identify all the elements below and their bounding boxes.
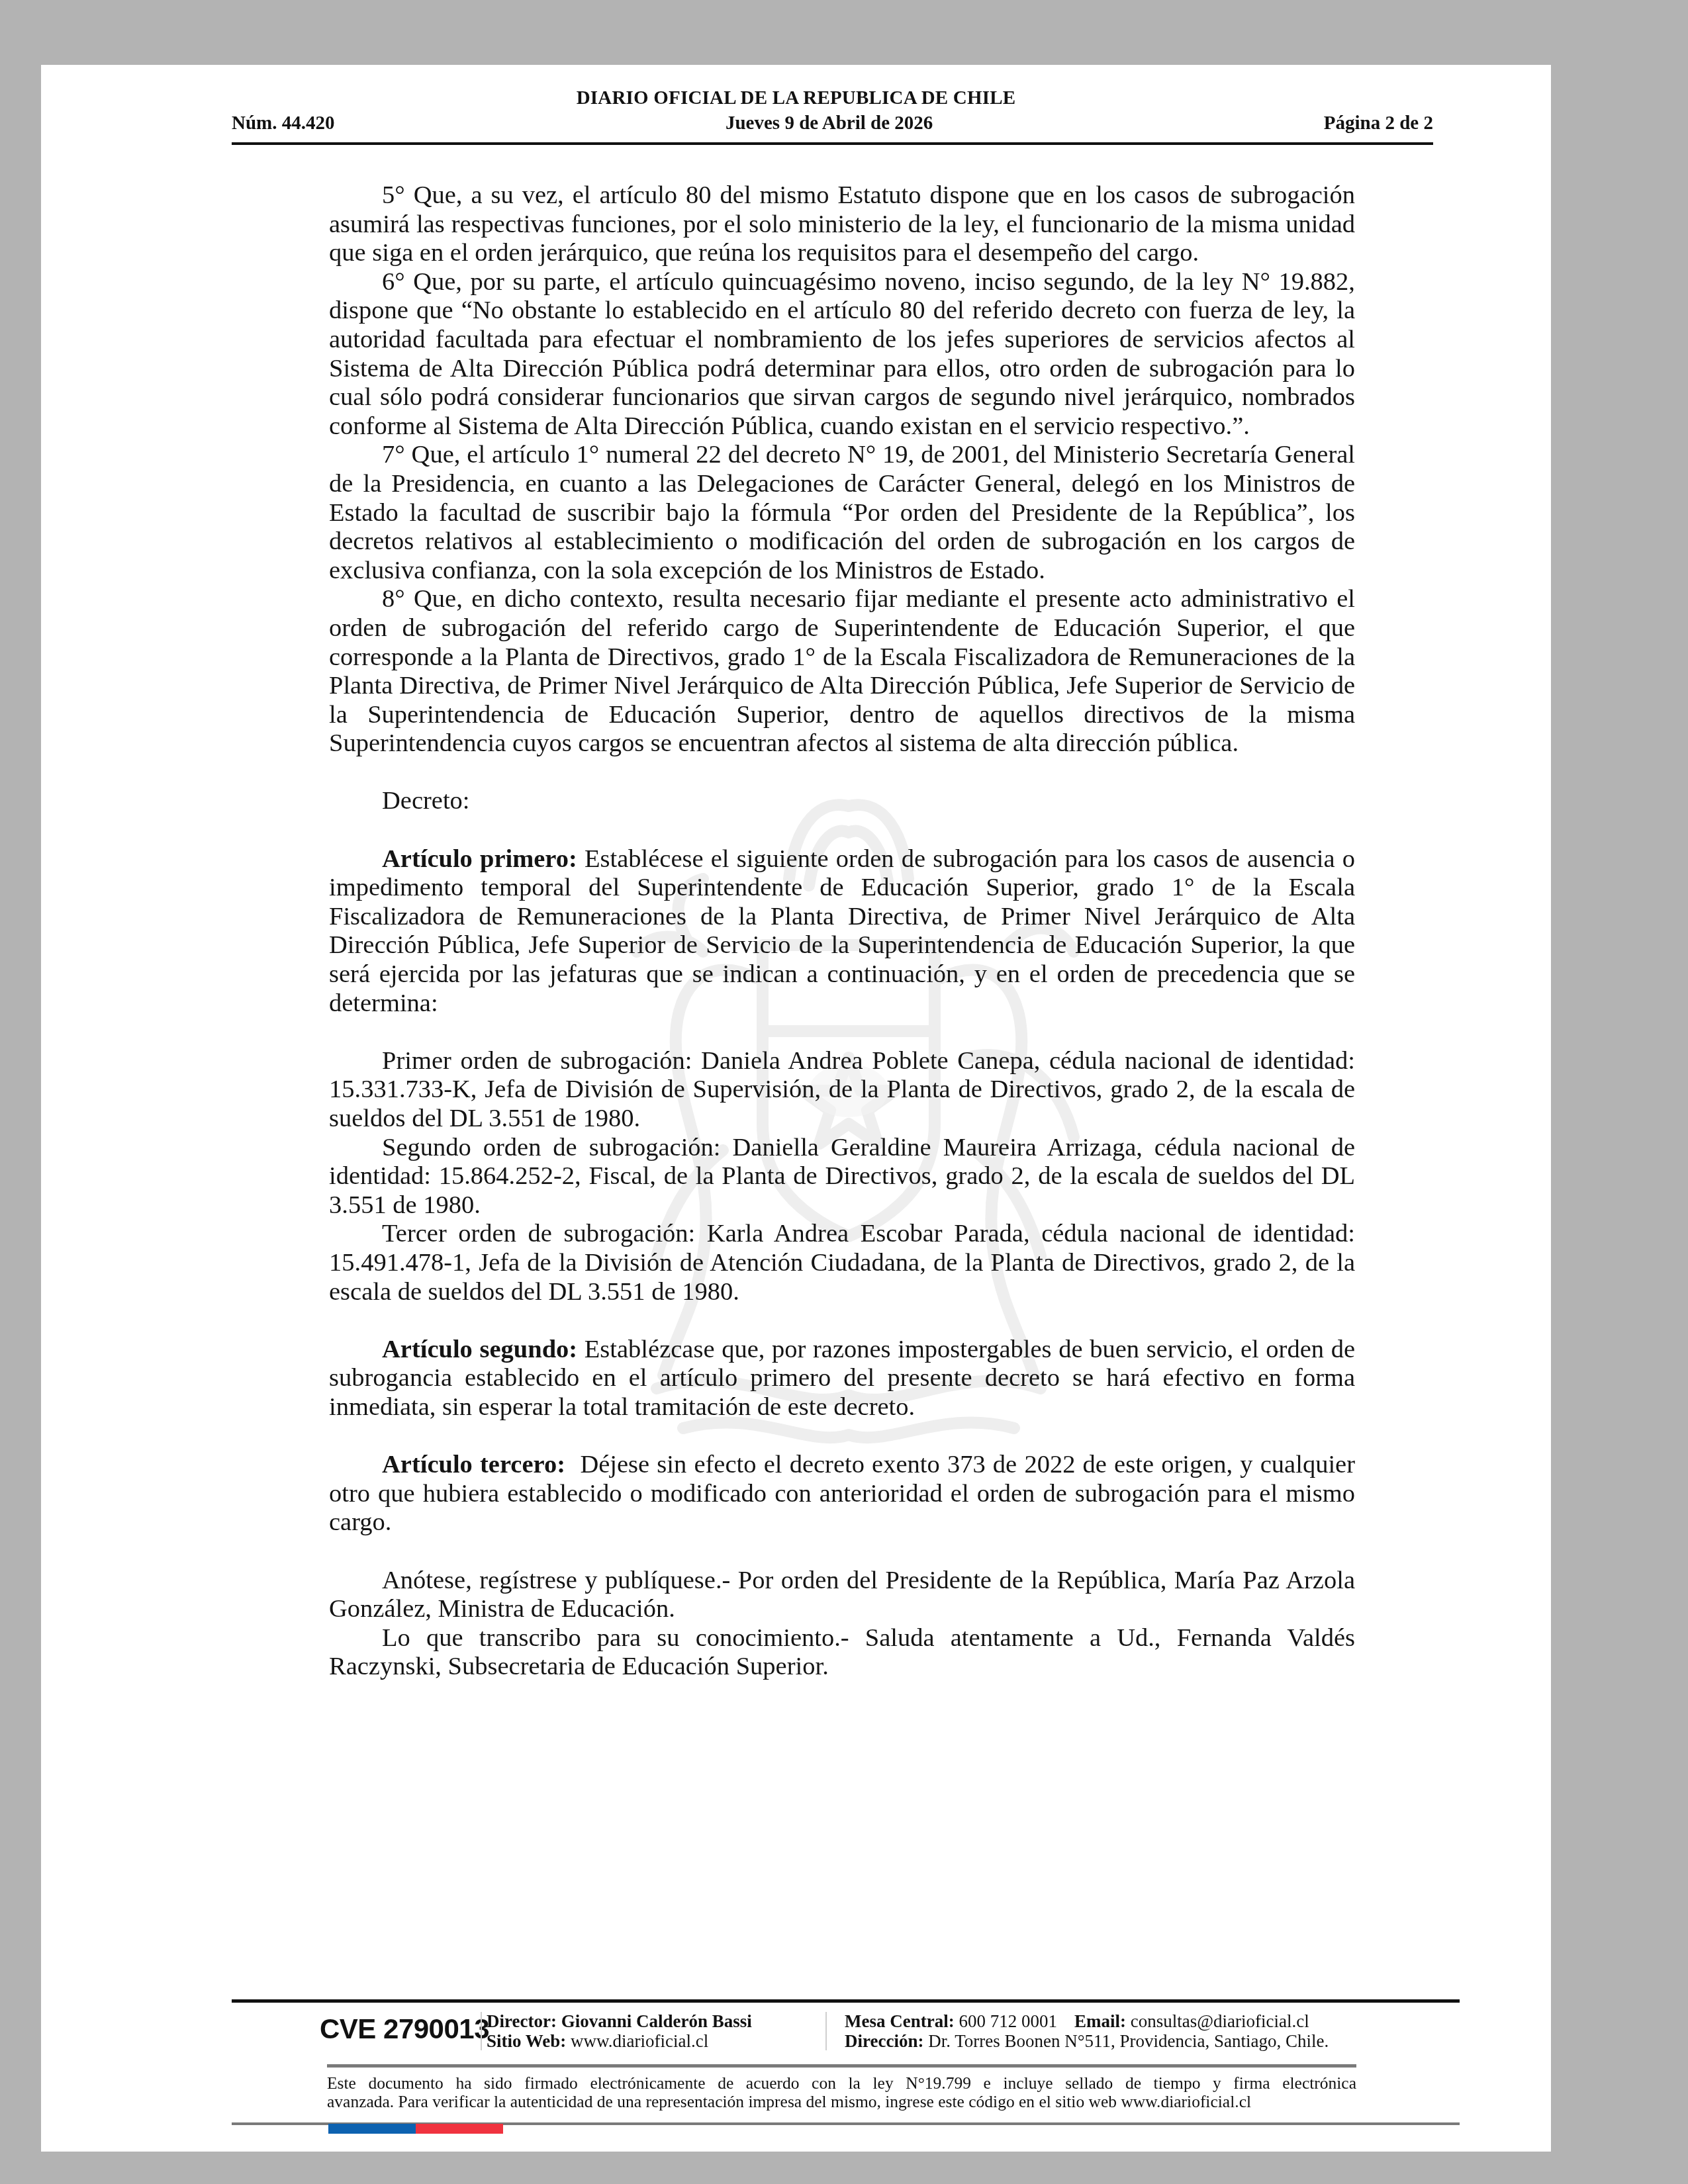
footer-separator-1 (481, 2012, 482, 2050)
footer-rule-middle (327, 2064, 1356, 2068)
legal-line-1: Este documento ha sido firmado electróni… (327, 2074, 1356, 2093)
footer-director-block: Director: Giovanni Calderón Bassi Sitio … (487, 2011, 752, 2051)
flag-stripe-red (416, 2124, 503, 2134)
flag-stripe-blue (328, 2124, 416, 2134)
header-rule (232, 142, 1433, 145)
newspaper-title: DIARIO OFICIAL DE LA REPUBLICA DE CHILE (41, 87, 1551, 109)
considerando-5: 5° Que, a su vez, el artículo 80 del mis… (329, 181, 1355, 268)
document-page: DIARIO OFICIAL DE LA REPUBLICA DE CHILE … (41, 65, 1551, 2152)
considerando-7: 7° Que, el artículo 1° numeral 22 del de… (329, 441, 1355, 585)
articulo-primero: Artículo primero: Establécese el siguien… (329, 845, 1355, 1019)
director-name: Giovanni Calderón Bassi (557, 2011, 752, 2031)
articulo-tercero-label: Artículo tercero: (382, 1451, 565, 1479)
closing-transcribo: Lo que transcribo para su conocimiento.-… (329, 1624, 1355, 1682)
issue-number: Núm. 44.420 (232, 113, 334, 134)
header-meta-row: Núm. 44.420 Jueves 9 de Abril de 2026 Pá… (232, 113, 1433, 134)
footer-rule-top (232, 1999, 1460, 2003)
director-label: Director: (487, 2011, 557, 2031)
phone-label: Mesa Central: (845, 2011, 955, 2031)
articulo-primero-label: Artículo primero: (382, 845, 577, 873)
decreto-label: Decreto: (329, 787, 1355, 816)
address-label: Dirección: (845, 2031, 923, 2051)
considerando-6: 6° Que, por su parte, el artículo quincu… (329, 268, 1355, 441)
cve-code: CVE 2790013 (320, 2013, 489, 2045)
subrogante-3: Tercer orden de subrogación: Karla Andre… (329, 1220, 1355, 1306)
footer-separator-2 (825, 2012, 827, 2050)
considerando-8: 8° Que, en dicho contexto, resulta neces… (329, 585, 1355, 758)
phone-value: 600 712 0001 (955, 2011, 1057, 2031)
subrogante-1: Primer orden de subrogación: Daniela And… (329, 1047, 1355, 1134)
legal-line-2: avanzada. Para verificar la autenticidad… (327, 2093, 1356, 2111)
closing-anotese: Anótese, regístrese y publíquese.- Por o… (329, 1567, 1355, 1624)
address-value: Dr. Torres Boonen N°511, Providencia, Sa… (923, 2031, 1329, 2051)
issue-date: Jueves 9 de Abril de 2026 (726, 113, 933, 134)
electronic-signature-notice: Este documento ha sido firmado electróni… (327, 2074, 1356, 2111)
articulo-tercero: Artículo tercero: Déjese sin efecto el d… (329, 1451, 1355, 1537)
subrogante-2: Segundo orden de subrogación: Daniella G… (329, 1134, 1355, 1220)
website-link[interactable]: www.diarioficial.cl (566, 2031, 708, 2051)
email-link[interactable]: consultas@diarioficial.cl (1126, 2011, 1309, 2031)
footer-contact-block: Mesa Central: 600 712 0001Email: consult… (845, 2011, 1329, 2051)
document-body: 5° Que, a su vez, el artículo 80 del mis… (329, 181, 1355, 1682)
email-label: Email: (1074, 2011, 1126, 2031)
articulo-segundo: Artículo segundo: Establézcase que, por … (329, 1336, 1355, 1422)
page-indicator: Página 2 de 2 (1324, 113, 1433, 134)
website-label: Sitio Web: (487, 2031, 566, 2051)
articulo-segundo-label: Artículo segundo: (382, 1336, 577, 1363)
